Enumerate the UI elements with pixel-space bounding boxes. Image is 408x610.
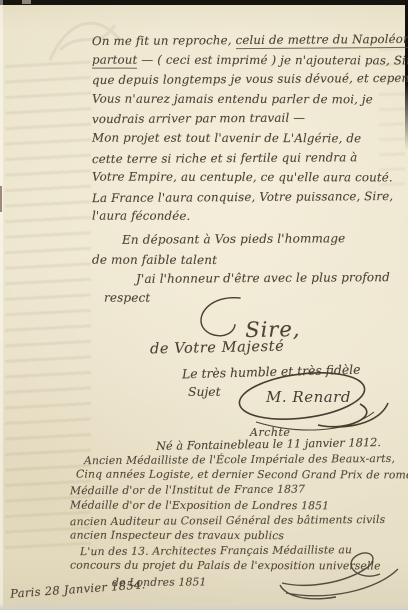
scan-edge-left [0,0,3,610]
letter-text: J'ai l'honneur d'être avec le plus profo… [136,270,390,286]
letter-text: l'aura fécondée. [92,209,190,223]
letter-line: Votre Empire, au centuple, ce qu'elle au… [92,168,406,188]
birth-line: Né à Fontainebleau le 11 janvier 1812. [156,435,381,453]
letter-line: Vous n'aurez jamais entendu parler de mo… [92,89,406,109]
paragraph-main: On me fit un reproche, celui de mettre d… [92,31,406,227]
letter-text: Médaille d'or de l'Exposition de Londres… [70,498,329,512]
scan-edge-notch [22,0,31,4]
letter-text: que depuis longtemps je vous suis dévoué… [92,71,408,87]
letter-text: ancien Inspecteur des travaux publics [70,529,284,543]
letter-text: cette terre si riche et si fertile qui r… [92,150,358,166]
letter-text: de mon faible talent [92,253,217,267]
letter-text: respect [104,291,150,305]
letter-text: Cinq années Logiste, et dernier Second G… [76,468,408,482]
salutation-sire: Sire, [193,293,301,343]
paragraph-hommage: En déposant à Vos pieds l'hommagede mon … [92,229,345,271]
letter-text: Votre Empire, au centuple, ce qu'elle au… [92,170,393,185]
letter-line: On me fit un reproche, celui de mettre d… [92,30,406,52]
letter-text: Vous n'aurez jamais entendu parler de mo… [92,91,373,106]
letter-text: En déposant à Vos pieds l'hommage [122,231,346,247]
letter-line: ancien Auditeur au Conseil Général des b… [70,512,408,530]
scan-edge-bottom [0,604,408,610]
signature-name: M. Renard [265,388,351,406]
scanned-letter-page: On me fit un reproche, celui de mettre d… [0,0,408,610]
letter-text: Ancien Médailliste de l'École Impériale … [84,452,395,467]
letter-line: que depuis longtemps je vous suis dévoué… [92,69,406,91]
letter-text: celui de mettre du Napoléon [236,32,408,49]
letter-line: J'ai l'honneur d'être avec le plus profo… [136,267,390,289]
letter-line: Médaille d'or de l'Exposition de Londres… [70,497,408,513]
letter-text: On me fit un reproche, [92,33,236,48]
letter-text: partout [92,52,138,68]
letter-text: La France l'aura conquise, Votre puissan… [92,189,393,205]
letter-line: cette terre si riche et si fertile qui r… [92,147,406,169]
letter-line: partout — ( ceci est imprimé ) je n'ajou… [92,50,406,70]
scan-edge-mark [0,186,2,212]
letter-text: — ( ceci est imprimé ) je n'ajouterai pa… [137,52,408,67]
paraph-flourish [278,545,400,601]
letter-text: Mon projet est tout l'avenir de L'Algéri… [92,131,361,146]
subject-line: Sujet [188,384,221,399]
scan-edge-top [0,0,408,5]
letter-line: voudrais arriver par mon travail — [92,108,406,130]
letter-line: En déposant à Vos pieds l'hommage [122,228,346,251]
letter-line: l'aura fécondée. [92,207,406,227]
letter-line: Médaille d'or de l'Institut de France 18… [70,481,408,499]
letter-text: ancien Auditeur au Conseil Général des b… [70,513,385,528]
letter-line: La France l'aura conquise, Votre puissan… [92,187,406,209]
letter-text: Médaille d'or de l'Institut de France 18… [70,483,305,498]
letter-text: voudrais arriver par mon travail — [92,111,305,126]
majesty-line: de Votre Majesté [150,339,285,358]
letter-line: Mon projet est tout l'avenir de L'Algéri… [92,129,406,149]
swash-flourish [193,294,246,343]
